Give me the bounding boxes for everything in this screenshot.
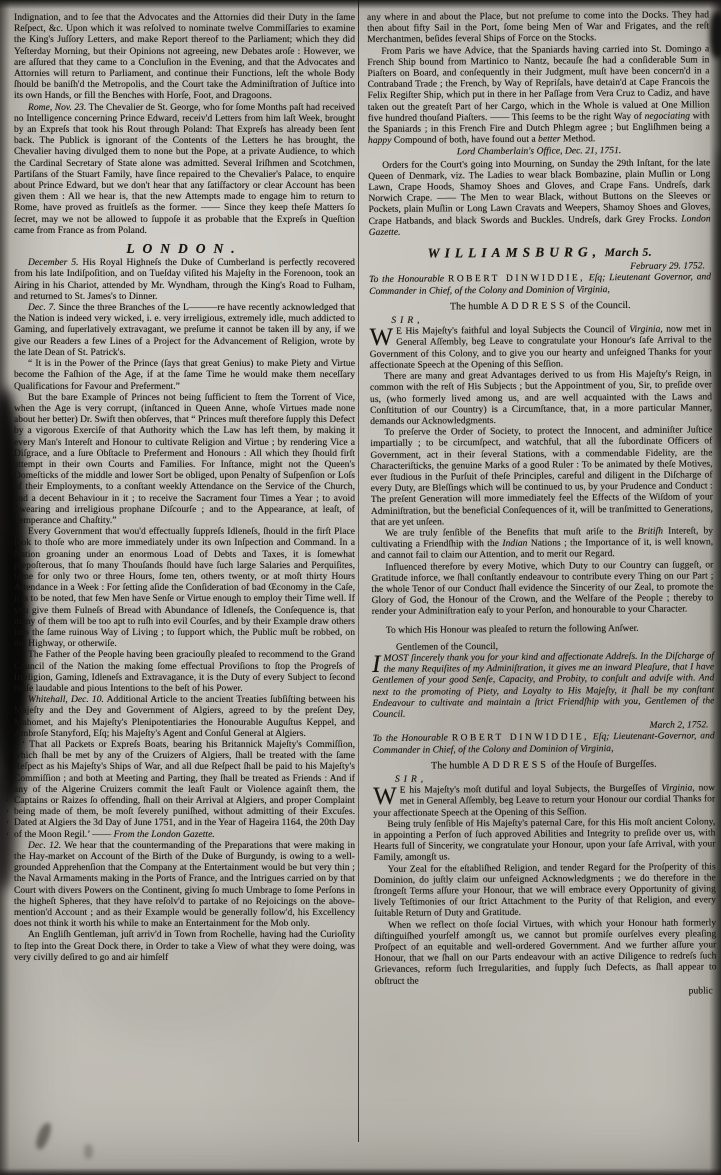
paragraph-dateline: Dec. 7.: [28, 303, 56, 313]
column-divider-rule: [358, 0, 359, 1142]
humble-post: of the Houſe of Burgeſſes.: [551, 759, 656, 771]
humble-address-line: The humble ADDRESS of the Houſe of Burge…: [373, 758, 715, 772]
address-to-prefix: To the Honourable: [369, 275, 444, 286]
address-paragraph: IMOST ſincerely thank you for your kind …: [372, 651, 715, 721]
humble-post: of the Council.: [570, 300, 631, 311]
paragraph-text: Since the three Branches of the L———re h…: [14, 303, 355, 358]
news-paragraph: December 5. His Royal Highneſs the Duke …: [14, 258, 355, 303]
drop-cap-letter: W: [373, 786, 400, 807]
paragraph-text: E His Majeſty's faithful and loyal Subje…: [370, 325, 712, 371]
paragraph-text: E his Majeſty's moſt dutiful and loyal S…: [373, 783, 715, 818]
margin-quote-marks: ‘ ‘ ‘ ‘ ‘ ‘ ‘ ‘ ‘: [6, 741, 9, 842]
drop-cap-letter: W: [369, 327, 396, 348]
paragraph-text: But the bare Example of Princes not bein…: [14, 393, 355, 526]
address-heading: March 2, 1752.To the Honourable ROBERT D…: [373, 720, 715, 786]
paragraph-dateline: Dec. 12.: [28, 841, 61, 851]
address-to-line: To the Honourable ROBERT DINWIDDIE, Eſq;…: [373, 732, 715, 757]
humble-pre: The humble: [450, 301, 499, 312]
news-paragraph: Dec. 7. Since the three Branches of the …: [14, 303, 355, 359]
paragraph-text: We are truly ſenſible of the Benefits th…: [371, 526, 713, 561]
news-paragraph: The Father of the People having been gra…: [14, 650, 355, 695]
paragraph-text: When we reflect on thoſe ſocial Virtues,…: [374, 918, 716, 987]
news-paragraph: any where in and about the Place, but no…: [367, 10, 709, 46]
paragraph-dateline: December 5.: [28, 258, 79, 268]
address-heading: February 29. 1752.To the Honourable ROBE…: [369, 262, 711, 328]
news-paragraph: Orders for the Court's going into Mourni…: [368, 158, 711, 239]
address-paragraph: WE his Majeſty's moſt dutiful and loyal …: [373, 783, 715, 819]
humble-pre: The humble: [431, 760, 480, 771]
news-paragraph: There are many and great Advantages deri…: [370, 369, 712, 428]
scan-edge-shadow: [0, 0, 721, 9]
news-paragraph: Dec. 12. We hear that the countermanding…: [14, 841, 355, 931]
news-paragraph: Being truly ſenſible of His Majeſty's pa…: [373, 817, 715, 864]
paragraph-text: The Father of the People having been gra…: [14, 650, 355, 694]
address-word: ADDRESS: [501, 300, 568, 312]
news-paragraph: When we reflect on thoſe ſocial Virtues,…: [374, 918, 717, 988]
paragraph-text: An Engliſh Gentleman, juſt arriv'd in To…: [14, 930, 355, 962]
paragraph-text: We hear that the countermanding of the P…: [14, 841, 355, 929]
scan-edge-shadow: [0, 0, 10, 1175]
paragraph-text: MOST ſincerely thank you for your kind a…: [372, 651, 714, 720]
addressee-name: ROBERT DINWIDDIE,: [448, 274, 585, 285]
news-paragraph: But the bare Example of Princes not bein…: [14, 393, 355, 527]
paragraph-text: To preſerve the Order of Society, to pro…: [370, 425, 713, 527]
paragraph-text: There are many and great Advantages deri…: [370, 369, 712, 426]
paragraph-text: The Chevalier de St. George, who for ſom…: [14, 103, 355, 236]
left-column: Indignation, and to ſee that the Advocat…: [14, 13, 355, 964]
paragraph-text: ‘ That all Packets or Expreſs Boats, bea…: [14, 740, 355, 840]
news-paragraph: Influenced therefore by every Motive, wh…: [371, 560, 713, 619]
news-paragraph: From Paris we have Advice, that the Span…: [367, 44, 710, 148]
news-paragraph: Every Government that wou'd effectually …: [14, 527, 355, 650]
paragraph-dateline: Whitehall, Dec. 10.: [28, 695, 104, 705]
paragraph-text: Orders for the Court's going into Mourni…: [368, 158, 710, 238]
paragraph-text: From Paris we have Advice, that the Span…: [367, 44, 710, 146]
news-paragraph: Indignation, and to ſee that the Advocat…: [14, 13, 355, 103]
news-paragraph: To preſerve the Order of Society, to pro…: [370, 425, 713, 529]
news-paragraph: We are truly ſenſible of the Benefits th…: [371, 526, 713, 562]
paragraph-text: Being truly ſenſible of His Majeſty's pa…: [373, 817, 715, 863]
news-paragraph: Whitehall, Dec. 10. Additional Article t…: [14, 695, 355, 740]
news-paragraph: An Engliſh Gentleman, juſt arriv'd in To…: [14, 930, 355, 964]
scan-edge-shadow: [0, 1168, 721, 1175]
addressee-name: ROBERT DINWIDDIE,: [452, 733, 589, 744]
news-paragraph: Your Zeal for the eſtabliſhed Religion, …: [374, 862, 716, 921]
city-date: March 5.: [605, 247, 653, 259]
humble-address-line: The humble ADDRESS of the Council.: [369, 299, 711, 313]
treaty-article-quote: ‘ ‘ ‘ ‘ ‘ ‘ ‘ ‘ ‘‘ That all Packets or E…: [14, 740, 355, 841]
paragraph-text: Every Government that wou'd effectually …: [14, 527, 355, 649]
paragraph-text: Your Zeal for the eſtabliſhed Religion, …: [374, 862, 716, 919]
address-to-prefix: To the Honourable: [373, 734, 448, 745]
paragraph-dateline: Rome, Nov. 23.: [28, 103, 86, 113]
paragraph-text: “ It is in the Power of the Prince (ſays…: [14, 359, 355, 391]
address-to-line: To the Honourable ROBERT DINWIDDIE, Eſq;…: [369, 273, 711, 298]
right-column: any where in and about the Place, but no…: [367, 10, 717, 1000]
city-dateline-heading: WILLIAMSBURG, March 5.: [369, 245, 711, 261]
address-word: ADDRESS: [482, 759, 549, 771]
newspaper-scan: Indignation, and to ſee that the Advocat…: [0, 0, 721, 1175]
news-paragraph: Rome, Nov. 23. The Chevalier de St. Geor…: [14, 103, 355, 237]
news-paragraph: “ It is in the Power of the Prince (ſays…: [14, 359, 355, 393]
city-name: WILLIAMSBURG,: [428, 244, 602, 260]
answer-intro-line: To which His Honour was pleaſed to retur…: [372, 623, 714, 637]
paragraph-text: Influenced therefore by every Motive, wh…: [371, 560, 713, 617]
drop-cap-letter: I: [372, 654, 384, 675]
section-heading: LONDON.: [14, 243, 355, 254]
address-paragraph: WE His Majeſty's faithful and loyal Subj…: [369, 325, 711, 372]
